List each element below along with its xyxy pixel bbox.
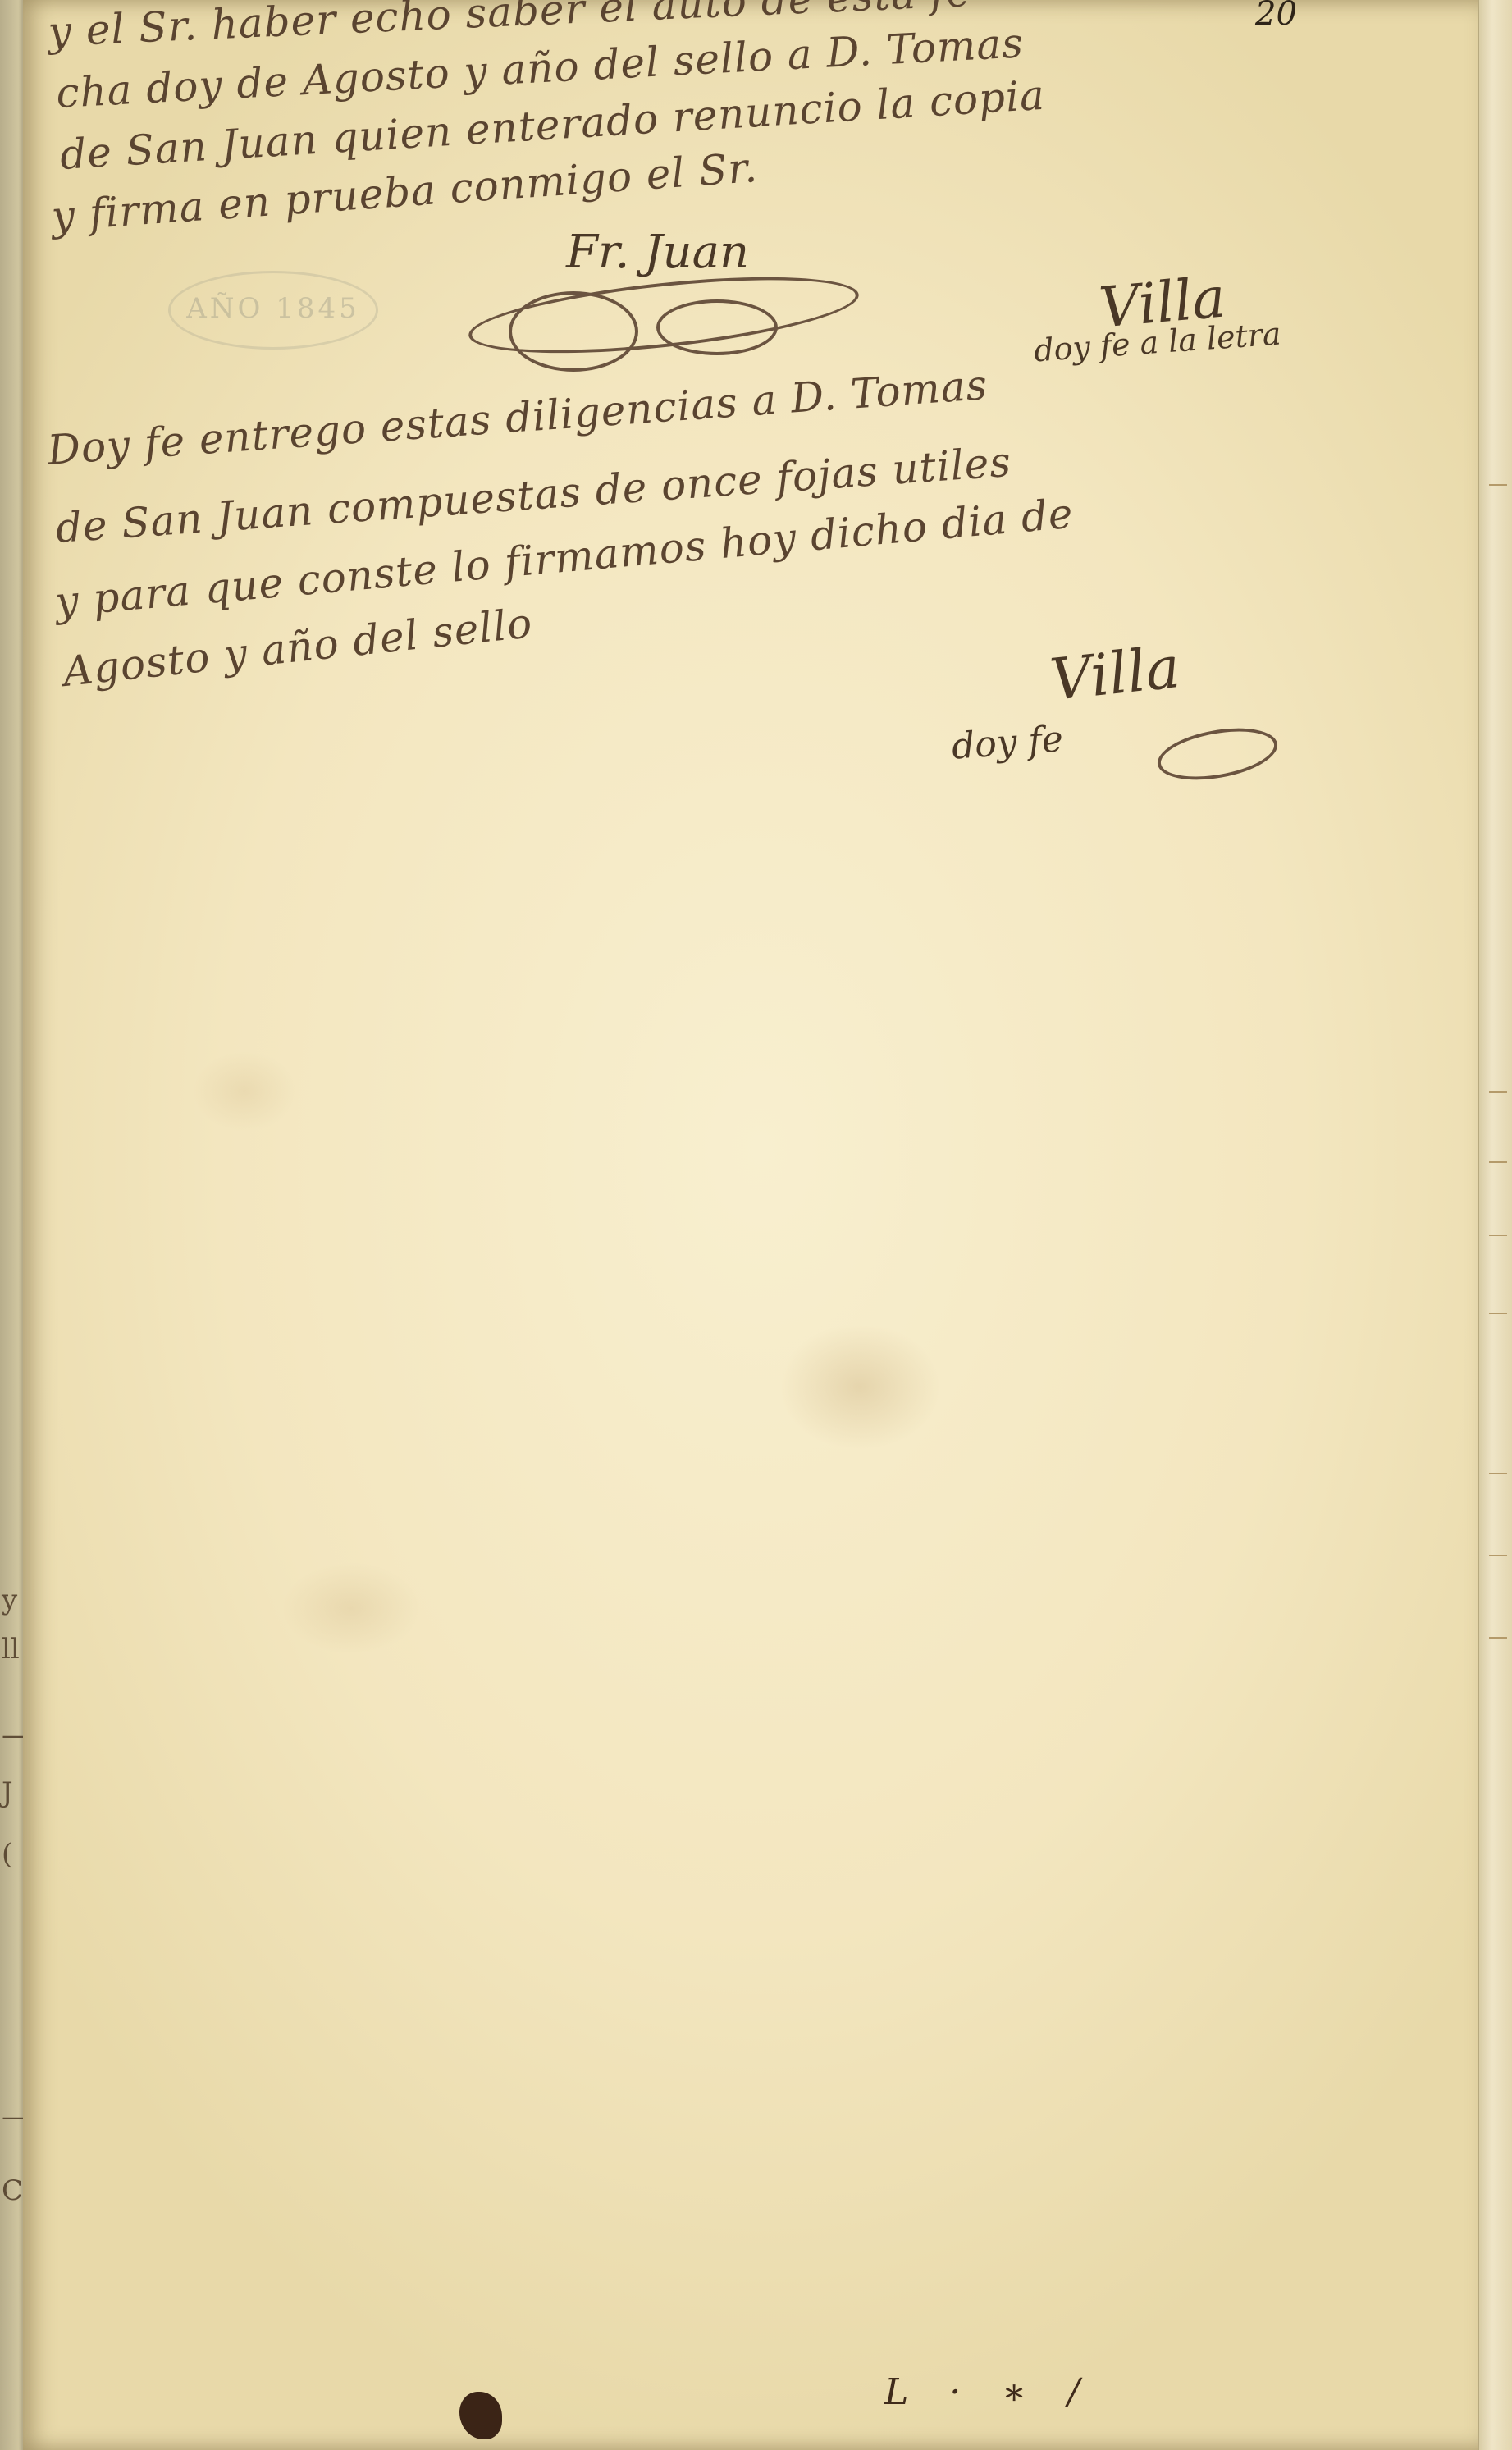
edge-tick	[1489, 1313, 1507, 1314]
paper-sheet	[23, 0, 1494, 2450]
document-scan: y ll — J ( — C 20 AÑO 1845 y el Sr. habe…	[0, 0, 1512, 2450]
bottom-ink-marks: illegible ink marks L · ∗ /	[238, 2371, 1094, 2413]
signature-villa: Villa	[1047, 633, 1183, 714]
gutter-mark: (	[2, 1838, 12, 1871]
gutter-mark: C	[2, 2174, 23, 2207]
page-number: 20	[1255, 0, 1297, 33]
right-page-edge	[1478, 0, 1512, 2450]
edge-tick	[1489, 1555, 1507, 1556]
edge-tick	[1489, 1473, 1507, 1474]
gutter-mark: J	[2, 1776, 13, 1809]
gutter-mark: y	[2, 1584, 17, 1616]
ink-fragment: L · ∗ /	[884, 2371, 1094, 2413]
rubric-loop-icon	[509, 291, 638, 372]
signature-villa-subscript: doy fe	[950, 718, 1064, 767]
edge-tick	[1489, 1161, 1507, 1163]
edge-tick	[1489, 1637, 1507, 1639]
edge-tick	[1489, 484, 1507, 486]
rubric-loop-icon	[656, 299, 778, 355]
edge-tick	[1489, 1091, 1507, 1093]
signature-fr-juan: Fr. Juan	[566, 226, 749, 279]
faint-seal-stamp: AÑO 1845	[168, 271, 378, 350]
gutter-mark: ll	[2, 1633, 20, 1666]
edge-tick	[1489, 1235, 1507, 1236]
